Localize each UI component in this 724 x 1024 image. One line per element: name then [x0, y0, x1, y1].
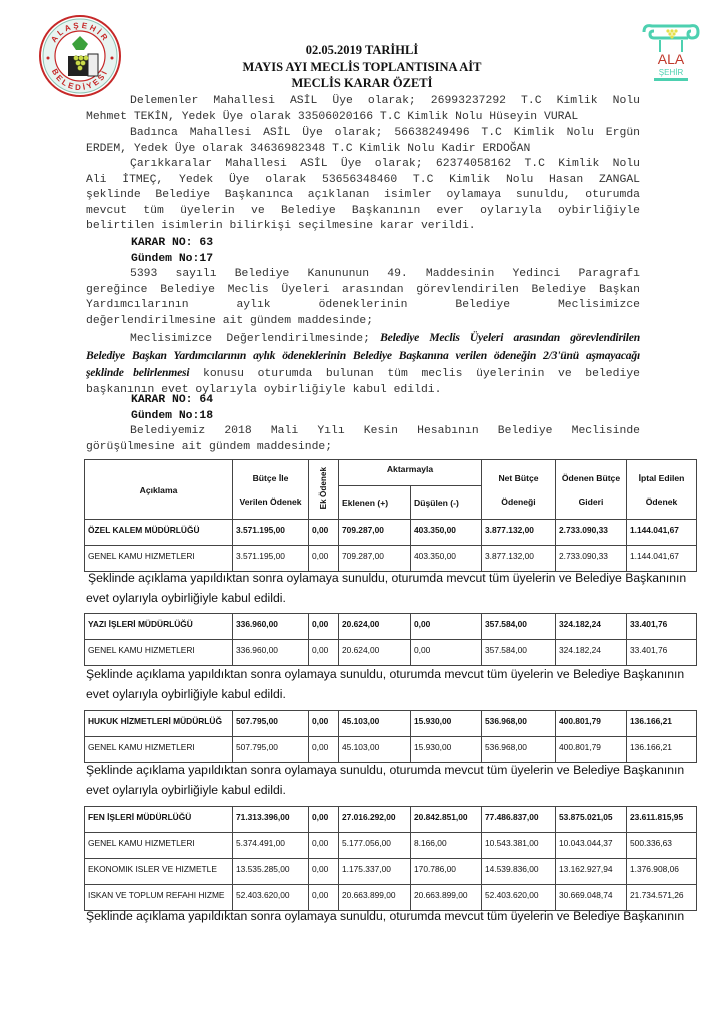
table-cell: 20.624,00: [339, 614, 411, 640]
table-cell: 336.960,00: [233, 640, 309, 666]
paragraph-5393-kanun: 5393 sayılı Belediye Kanununun 49. Madde…: [86, 267, 640, 329]
table-cell: 324.182,24: [556, 614, 627, 640]
table-cell: 0,00: [309, 859, 339, 885]
table-cell: 15.930,00: [411, 737, 482, 763]
gundem-no-18: Gündem No:18: [131, 409, 213, 425]
col-aktarmayla: Aktarmayla: [339, 460, 482, 486]
table-row-directorate: ÖZEL KALEM MÜDÜRLÜĞÜ3.571.195,000,00709.…: [85, 520, 697, 546]
table-cell: 0,00: [411, 640, 482, 666]
table-cell: 45.103,00: [339, 737, 411, 763]
table-cell: GENEL KAMU HIZMETLERI: [85, 833, 233, 859]
table-cell: 357.584,00: [482, 614, 556, 640]
col-eklenen: Eklenen (+): [339, 486, 411, 520]
table-cell: 0,00: [309, 614, 339, 640]
table-cell: 0,00: [309, 833, 339, 859]
table-cell: 23.611.815,95: [627, 807, 697, 833]
table-cell: 507.795,00: [233, 711, 309, 737]
table-cell: 20.624,00: [339, 640, 411, 666]
table-cell: 5.374.491,00: [233, 833, 309, 859]
table-cell: 77.486.837,00: [482, 807, 556, 833]
table-row-subitem: EKONOMIK ISLER VE HIZMETLE13.535.285,000…: [85, 859, 697, 885]
approval-note-2: Şeklinde açıklama yapıldıktan sonra oyla…: [86, 664, 706, 704]
table-row-directorate: HUKUK HİZMETLERİ MÜDÜRLÜĞ507.795,000,004…: [85, 711, 697, 737]
document-title: 02.05.2019 TARİHLİ MAYIS AYI MECLİS TOPL…: [0, 42, 724, 92]
table-cell: FEN İŞLERİ MÜDÜRLÜĞÜ: [85, 807, 233, 833]
table-cell: 357.584,00: [482, 640, 556, 666]
table-cell: 15.930,00: [411, 711, 482, 737]
table-cell: 10.543.381,00: [482, 833, 556, 859]
table-row-subitem: GENEL KAMU HIZMETLERI336.960,000,0020.62…: [85, 640, 697, 666]
table-cell: YAZI İŞLERİ MÜDÜRLÜĞÜ: [85, 614, 233, 640]
table-cell: 400.801,79: [556, 737, 627, 763]
budget-table-ozel-kalem: Açıklama Bütçe İleVerilen Ödenek Ek Öden…: [84, 459, 697, 572]
table-cell: EKONOMIK ISLER VE HIZMETLE: [85, 859, 233, 885]
approval-note-4: Şeklinde açıklama yapıldıktan sonra oyla…: [86, 906, 706, 926]
table-row-subitem: GENEL KAMU HIZMETLERI5.374.491,000,005.1…: [85, 833, 697, 859]
approval-note-1: Şeklinde açıklama yapıldıktan sonra oyla…: [86, 568, 706, 608]
budget-table-fen-isleri: FEN İŞLERİ MÜDÜRLÜĞÜ71.313.396,000,0027.…: [84, 806, 697, 911]
table-cell: 136.166,21: [627, 711, 697, 737]
paragraph-badinca: Badınca Mahallesi ASİL Üye olarak; 56638…: [86, 126, 640, 157]
table-cell: 5.177.056,00: [339, 833, 411, 859]
table-cell: 0,00: [309, 711, 339, 737]
table-cell: 20.842.851,00: [411, 807, 482, 833]
table-cell: 1.144.041,67: [627, 520, 697, 546]
table-row-subitem: GENEL KAMU HIZMETLERI507.795,000,0045.10…: [85, 737, 697, 763]
table-cell: 3.571.195,00: [233, 520, 309, 546]
table-cell: 500.336,63: [627, 833, 697, 859]
title-date-line: 02.05.2019 TARİHLİ: [0, 42, 724, 59]
table-cell: GENEL KAMU HIZMETLERI: [85, 737, 233, 763]
table-cell: 507.795,00: [233, 737, 309, 763]
col-odenen-butce-gideri: Ödenen BütçeGideri: [556, 460, 627, 520]
col-iptal-edilen-odenek: İptal EdilenÖdenek: [627, 460, 697, 520]
table-cell: 45.103,00: [339, 711, 411, 737]
table-cell: 27.016.292,00: [339, 807, 411, 833]
table-cell: 0,00: [309, 807, 339, 833]
table-cell: 10.043.044,37: [556, 833, 627, 859]
table-cell: 33.401,76: [627, 640, 697, 666]
table-cell: 1.376.908,06: [627, 859, 697, 885]
title-meeting-line: MAYIS AYI MECLİS TOPLANTISINA AİT: [0, 59, 724, 76]
table-cell: 53.875.021,05: [556, 807, 627, 833]
table-cell: 71.313.396,00: [233, 807, 309, 833]
table-cell: 536.968,00: [482, 737, 556, 763]
paragraph-meclis-degerlendirme: Meclisimizce Değerlendirilmesinde; Beled…: [86, 330, 640, 398]
table-cell: 0,00: [309, 640, 339, 666]
table-row-directorate: FEN İŞLERİ MÜDÜRLÜĞÜ71.313.396,000,0027.…: [85, 807, 697, 833]
title-summary-line: MECLİS KARAR ÖZETİ: [0, 75, 724, 92]
table-cell: 400.801,79: [556, 711, 627, 737]
approval-note-3: Şeklinde açıklama yapıldıktan sonra oyla…: [86, 760, 706, 800]
table-cell: 13.535.285,00: [233, 859, 309, 885]
table-cell: ÖZEL KALEM MÜDÜRLÜĞÜ: [85, 520, 233, 546]
col-ek-odenek: Ek Ödenek: [309, 460, 339, 520]
col-butce-ile-verilen-odenek: Bütçe İleVerilen Ödenek: [233, 460, 309, 520]
table-cell: 2.733.090,33: [556, 520, 627, 546]
karar-no-63: KARAR NO: 63: [131, 236, 213, 252]
table-cell: 3.877.132,00: [482, 520, 556, 546]
table-cell: 13.162.927,94: [556, 859, 627, 885]
paragraph-delemenler: Delemenler Mahallesi ASİL Üye olarak; 26…: [86, 94, 640, 125]
col-net-butce-odenegi: Net BütçeÖdeneği: [482, 460, 556, 520]
budget-table-yazi-isleri: YAZI İŞLERİ MÜDÜRLÜĞÜ336.960,000,0020.62…: [84, 613, 697, 666]
table-cell: 14.539.836,00: [482, 859, 556, 885]
table-cell: 0,00: [411, 614, 482, 640]
budget-table-hukuk-hizmetleri: HUKUK HİZMETLERİ MÜDÜRLÜĞ507.795,000,004…: [84, 710, 697, 763]
table-cell: HUKUK HİZMETLERİ MÜDÜRLÜĞ: [85, 711, 233, 737]
table-cell: 1.175.337,00: [339, 859, 411, 885]
table-cell: 324.182,24: [556, 640, 627, 666]
table-cell: 8.166,00: [411, 833, 482, 859]
table-cell: GENEL KAMU HIZMETLERI: [85, 640, 233, 666]
table-cell: 709.287,00: [339, 520, 411, 546]
table-cell: 0,00: [309, 737, 339, 763]
table-cell: 536.968,00: [482, 711, 556, 737]
table-row-directorate: YAZI İŞLERİ MÜDÜRLÜĞÜ336.960,000,0020.62…: [85, 614, 697, 640]
col-dusulen: Düşülen (-): [411, 486, 482, 520]
col-aciklama: Açıklama: [85, 460, 233, 520]
table-cell: 403.350,00: [411, 520, 482, 546]
karar-no-64: KARAR NO: 64: [131, 393, 213, 409]
table-cell: 0,00: [309, 520, 339, 546]
table-cell: 136.166,21: [627, 737, 697, 763]
table-cell: 170.786,00: [411, 859, 482, 885]
table-cell: 336.960,00: [233, 614, 309, 640]
gundem-no-17: Gündem No:17: [131, 252, 213, 268]
paragraph-kesin-hesap: Belediyemiz 2018 Mali Yılı Kesin Hesabın…: [86, 424, 640, 455]
paragraph-carikkaralar: Çarıkkaralar Mahallesi ASİL Üye olarak; …: [86, 157, 640, 235]
table-cell: 33.401,76: [627, 614, 697, 640]
